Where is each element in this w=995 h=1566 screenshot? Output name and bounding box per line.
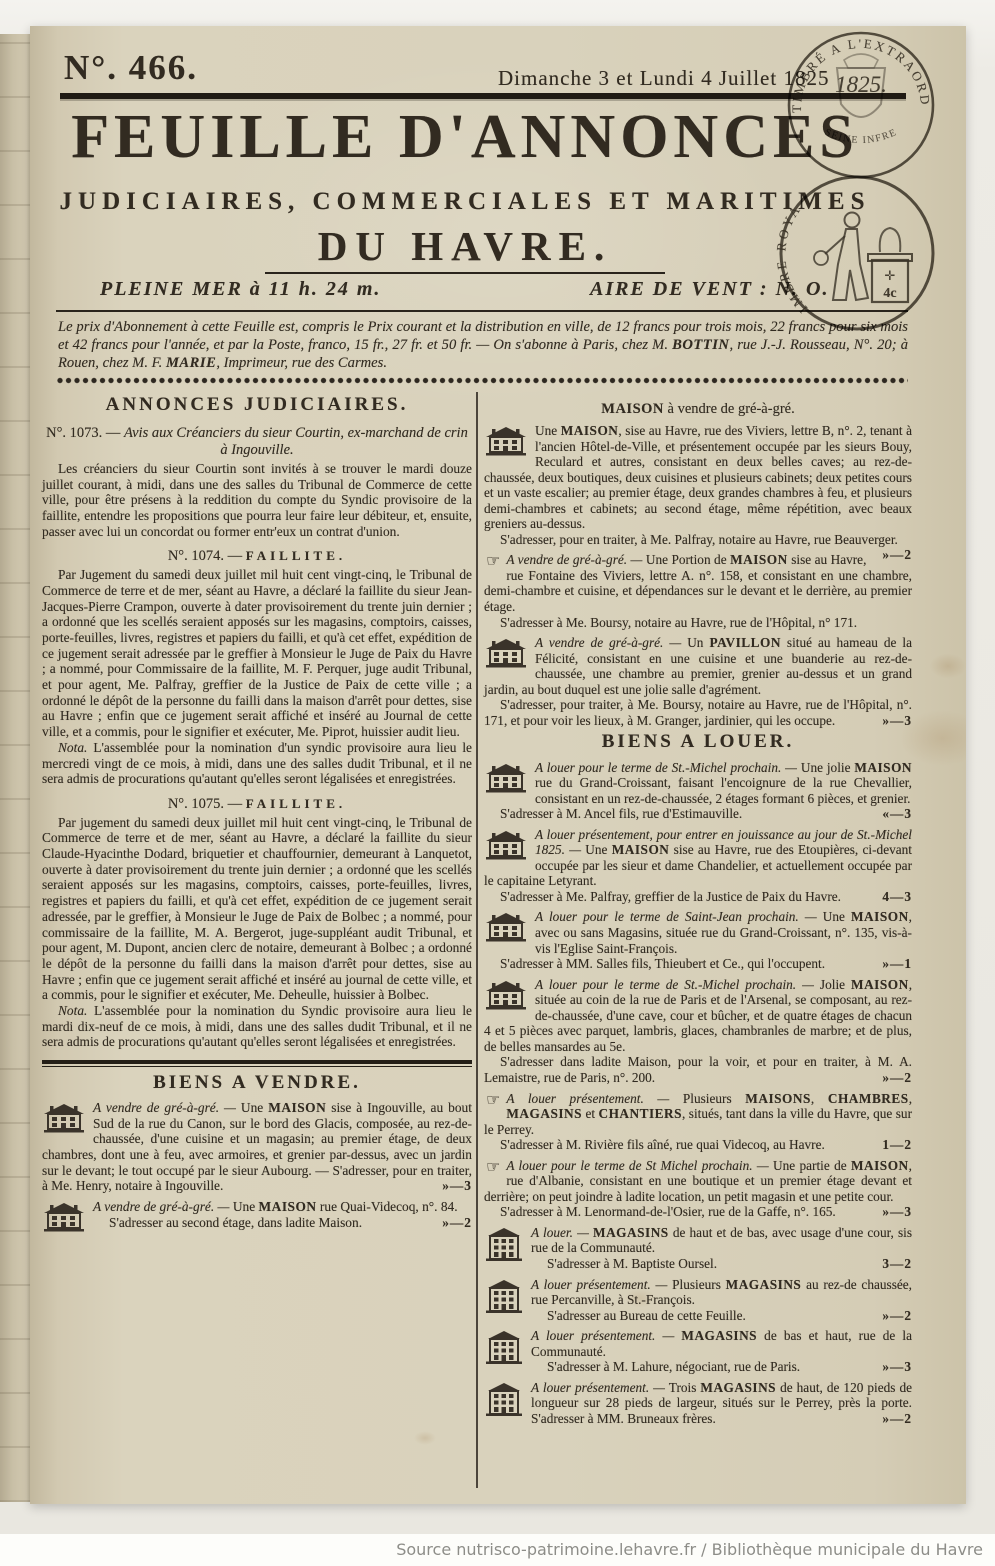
ad-text: A louer présentement. — Plusieurs MAISON… (484, 1091, 912, 1138)
ad-text: Une MAISON, sise au Havre, rue des Vivie… (484, 423, 912, 532)
ad-address: S'adresser dans ladite Maison, pour la v… (484, 1054, 912, 1085)
ad-lead: A louer pour le terme de St.-Michel proc… (535, 977, 814, 992)
ad-lead: A vendre de gré-à-gré. — (506, 552, 642, 567)
ad-mark: 1—2 (866, 1137, 912, 1153)
ad-item: Une MAISON, sise au Havre, rue des Vivie… (484, 423, 912, 547)
ad-item: ☞A vendre de gré-à-gré. — Une Portion de… (484, 552, 912, 630)
svg-text:✛: ✛ (885, 269, 896, 284)
ad-text: A vendre de gré-à-gré. — Un PAVILLON sit… (484, 635, 912, 697)
manicule-icon: ☞ (486, 552, 500, 571)
newspaper-page: N°. 466. Dimanche 3 et Lundi 4 Juillet 1… (30, 26, 966, 1504)
ad-lead: A louer. — (531, 1225, 589, 1240)
ad-lead: A louer présentement. — (531, 1328, 674, 1343)
notice-paragraph: Les créanciers du sieur Courtin sont inv… (42, 461, 472, 539)
warehouse-icon (484, 1279, 524, 1314)
ad-mark: »—3 (442, 1178, 472, 1194)
notice-paragraph: Par Jugement du samedi deux juillet mil … (42, 567, 472, 739)
ad-text: A louer pour le terme de St.-Michel proc… (484, 760, 912, 807)
ad-lead: A louer présentement. — (531, 1380, 665, 1395)
right-column: MAISON à vendre de gré-à-gré.Une MAISON,… (484, 392, 912, 1429)
notice-paragraph: Nota. L'assemblée pour la nomination d'u… (42, 740, 472, 787)
ad-text: A vendre de gré-à-gré. — Une Portion de … (484, 552, 912, 614)
svg-text:TIMBRÉ A L'EXTRAORD.: TIMBRÉ A L'EXTRAORD. (782, 26, 933, 113)
ad-text: A vendre de gré-à-gré. — Une MAISON sise… (42, 1100, 472, 1194)
ad-mark: »—2 (882, 1411, 912, 1427)
house-icon (42, 1102, 86, 1133)
header-rule (60, 93, 906, 99)
ad-text: A louer présentement. — Trois MAGASINS d… (484, 1380, 912, 1427)
royal-stamp-icon: ✛ 4c TIMBRE ROYAL (772, 168, 942, 338)
house-icon (484, 979, 528, 1010)
ad-mark: »—2 (426, 1215, 472, 1231)
section-title: BIENS A LOUER. (484, 731, 912, 753)
ad-item: A vendre de gré-à-gré. — Une MAISON sise… (42, 1100, 472, 1194)
ad-lead: A louer présentement. — (506, 1091, 669, 1106)
ornamental-rule (265, 272, 665, 274)
ad-address: S'adresser à M. Ancel fils, rue d'Estima… (484, 806, 912, 822)
ad-item: A louer pour le terme de St.-Michel proc… (484, 977, 912, 1086)
ad-item: ☞A louer pour le terme de St Michel proc… (484, 1158, 912, 1220)
left-column: ANNONCES JUDICIAIRES.N°. 1073. — Avis au… (42, 392, 472, 1233)
ad-text: A vendre de gré-à-gré. — Une MAISON rue … (42, 1199, 472, 1215)
ad-lead: A vendre de gré-à-gré. — (93, 1199, 229, 1214)
extraordinary-stamp-icon: TIMBRÉ A L'EXTRAORD. SEINE INFRE 1825. (782, 26, 940, 184)
ad-mark: »—1 (866, 956, 912, 972)
notice-heading: N°. 1075. — FAILLITE. (42, 796, 472, 813)
scanned-newspaper-photo: N°. 466. Dimanche 3 et Lundi 4 Juillet 1… (0, 0, 995, 1566)
notice-paragraph: Nota. L'assemblée pour la nomination du … (42, 1003, 472, 1050)
warehouse-icon (484, 1382, 524, 1417)
source-caption-bar: Source nutrisco-patrimoine.lehavre.fr / … (0, 1534, 995, 1566)
svg-text:4c: 4c (883, 286, 896, 301)
tide-line: PLEINE MER à 11 h. 24 m. (100, 278, 381, 301)
section-rule (42, 1060, 472, 1067)
manicule-icon: ☞ (486, 1091, 500, 1110)
ad-lead: A vendre de gré-à-gré. — (535, 635, 681, 650)
ad-item: A vendre de gré-à-gré. — Une MAISON rue … (42, 1199, 472, 1230)
warehouse-icon (484, 1330, 524, 1365)
ad-address: S'adresser au second étage, dans ladite … (42, 1215, 472, 1231)
ad-lead: A vendre de gré-à-gré. — (93, 1100, 236, 1115)
ad-address: S'adresser à M. Lenormand-de-l'Osier, ru… (484, 1204, 912, 1220)
notice-heading: N°. 1074. — FAILLITE. (42, 548, 472, 565)
ad-address: S'adresser à M. Rivière fils aîné, rue q… (484, 1137, 912, 1153)
ad-item: A louer. — MAGASINS de haut et de bas, a… (484, 1225, 912, 1272)
column-divider (476, 392, 478, 1488)
ad-mark: »—2 (866, 1070, 912, 1086)
source-caption: Source nutrisco-patrimoine.lehavre.fr / … (396, 1540, 995, 1559)
ad-item: A louer présentement. — Trois MAGASINS d… (484, 1380, 912, 1427)
ad-lead: A louer pour le terme de St Michel proch… (506, 1158, 768, 1173)
ad-text: A louer pour le terme de Saint-Jean proc… (484, 909, 912, 956)
issue-number: N°. 466. (64, 48, 198, 88)
ad-address: S'adresser à MM. Salles fils, Thieubert … (484, 956, 912, 972)
ad-address: S'adresser à Me. Boursy, notaire au Havr… (484, 615, 912, 631)
ad-address: S'adresser, pour en traiter, à Me. Palfr… (484, 532, 912, 548)
ad-lead: A louer présentement. — (531, 1277, 667, 1292)
ad-mark: «—3 (866, 806, 912, 822)
svg-text:SEINE INFRE: SEINE INFRE (823, 127, 899, 146)
ad-address: S'adresser à M. Baptiste Oursel.3—2 (484, 1256, 912, 1272)
ad-item: ☞A louer présentement. — Plusieurs MAISO… (484, 1091, 912, 1153)
house-icon (484, 762, 528, 793)
house-icon (484, 911, 528, 942)
house-icon (484, 425, 528, 456)
notice-paragraph: Par jugement du samedi deux juillet mil … (42, 815, 472, 1003)
ad-mark: »—2 (866, 547, 912, 563)
ad-mark: 4—3 (866, 889, 912, 905)
ad-item: A louer présentement. — MAGASINS de bas … (484, 1328, 912, 1375)
ad-item: A louer pour le terme de Saint-Jean proc… (484, 909, 912, 971)
manicule-icon: ☞ (486, 1158, 500, 1177)
section-title: BIENS A VENDRE. (42, 1072, 472, 1094)
ad-mark: »—3 (866, 1359, 912, 1375)
ad-mark: 3—2 (866, 1256, 912, 1272)
ad-heading: MAISON à vendre de gré-à-gré. (484, 401, 912, 418)
house-icon (484, 637, 528, 668)
ad-item: A louer pour le terme de St.-Michel proc… (484, 760, 912, 822)
binding-edge (0, 34, 32, 1502)
ad-text: A louer pour le terme de St Michel proch… (484, 1158, 912, 1205)
ad-body: MAGASINS de haut et de bas, avec usage d… (531, 1225, 912, 1256)
ad-mark: »—3 (866, 713, 912, 729)
ad-body: Une MAISON rue Quai-Videcoq, n°. 84. (233, 1199, 458, 1214)
ad-address: S'adresser, pour traiter, à Me. Boursy, … (484, 697, 912, 728)
ad-lead: A louer pour le terme de St.-Michel proc… (535, 760, 797, 775)
ad-item: A vendre de gré-à-gré. — Un PAVILLON sit… (484, 635, 912, 728)
ad-body: Une MAISON, sise au Havre, rue des Vivie… (484, 423, 912, 531)
ad-item: A louer présentement, pour entrer en jou… (484, 827, 912, 905)
house-icon (42, 1201, 86, 1232)
ornamental-separator (56, 376, 908, 385)
ad-text: A louer présentement. — MAGASINS de bas … (484, 1328, 912, 1359)
ad-address: S'adresser au Bureau de cette Feuille.»—… (484, 1308, 912, 1324)
ad-address: S'adresser à M. Lahure, négociant, rue d… (484, 1359, 912, 1375)
ad-text: A louer présentement, pour entrer en jou… (484, 827, 912, 889)
masthead-subtitle: JUDICIAIRES, COMMERCIALES ET MARITIMES (30, 188, 900, 216)
ad-lead: A louer pour le terme de Saint-Jean proc… (535, 909, 817, 924)
svg-text:1825.: 1825. (835, 72, 887, 97)
ad-mark: »—2 (866, 1308, 912, 1324)
ad-address: S'adresser à Me. Palfray, greffier de la… (484, 889, 912, 905)
masthead-subtitle2: DU HAVRE. (30, 222, 900, 270)
ad-text: A louer. — MAGASINS de haut et de bas, a… (484, 1225, 912, 1256)
warehouse-icon (484, 1227, 524, 1262)
ad-text: A louer présentement. — Plusieurs MAGASI… (484, 1277, 912, 1308)
masthead-title: FEUILLE D'ANNONCES (30, 102, 900, 173)
house-icon (484, 829, 528, 860)
notice-heading: N°. 1073. — Avis aux Créanciers du sieur… (42, 425, 472, 459)
section-title: ANNONCES JUDICIAIRES. (42, 394, 472, 416)
ad-text: A louer pour le terme de St.-Michel proc… (484, 977, 912, 1055)
ad-item: A louer présentement. — Plusieurs MAGASI… (484, 1277, 912, 1324)
ad-mark: »—3 (866, 1204, 912, 1220)
svg-text:TIMBRE ROYAL: TIMBRE ROYAL (772, 168, 810, 316)
